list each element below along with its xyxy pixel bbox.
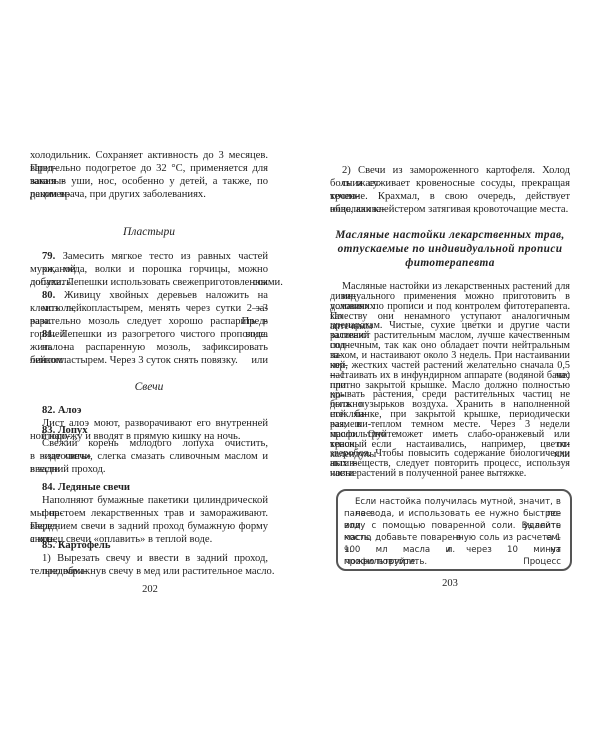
- text-line: юще, как клейстером затягивая кровоточащ…: [330, 203, 568, 216]
- item-number: 79.: [42, 251, 55, 262]
- text-line: лейкопластырем. Через 3 суток снять повя…: [30, 354, 238, 367]
- text-line: лопуха. Лепешки использовать свежепригот…: [30, 276, 283, 289]
- text-line: части растений в полученной ранее вытяжк…: [330, 469, 526, 479]
- section-heading-line: отпускаемые по индивидуальной прописи: [330, 242, 570, 256]
- item-title-burdock: 83. Лопух: [42, 424, 88, 437]
- section-heading-suppositories: Свечи: [30, 381, 268, 393]
- section-heading-line: Масляные настойки лекарственных трав,: [330, 228, 570, 242]
- item-title-potato: 85. Картофель: [42, 539, 110, 552]
- page-number: 202: [130, 584, 170, 595]
- section-heading-line: фитотерапевта: [330, 256, 570, 270]
- item-number: 80.: [42, 290, 55, 301]
- callout-line: можно повторить.: [344, 556, 427, 568]
- item-title-ice-suppositories: 84. Ледяные свечи: [42, 481, 130, 494]
- text-line: дации врача, при других заболеваниях.: [30, 188, 206, 201]
- section-heading-plasters: Пластыри: [30, 226, 268, 238]
- left-page: холодильник. Сохраняет активность до 3 м…: [0, 0, 300, 750]
- page-number: 203: [430, 578, 470, 589]
- item-number: 81.: [42, 329, 55, 340]
- text-line: тельно обмакнув свечу в мед или растител…: [30, 565, 275, 578]
- item-title-aloe: 82. Алоэ: [42, 404, 82, 417]
- text-line: в задний проход.: [30, 463, 106, 476]
